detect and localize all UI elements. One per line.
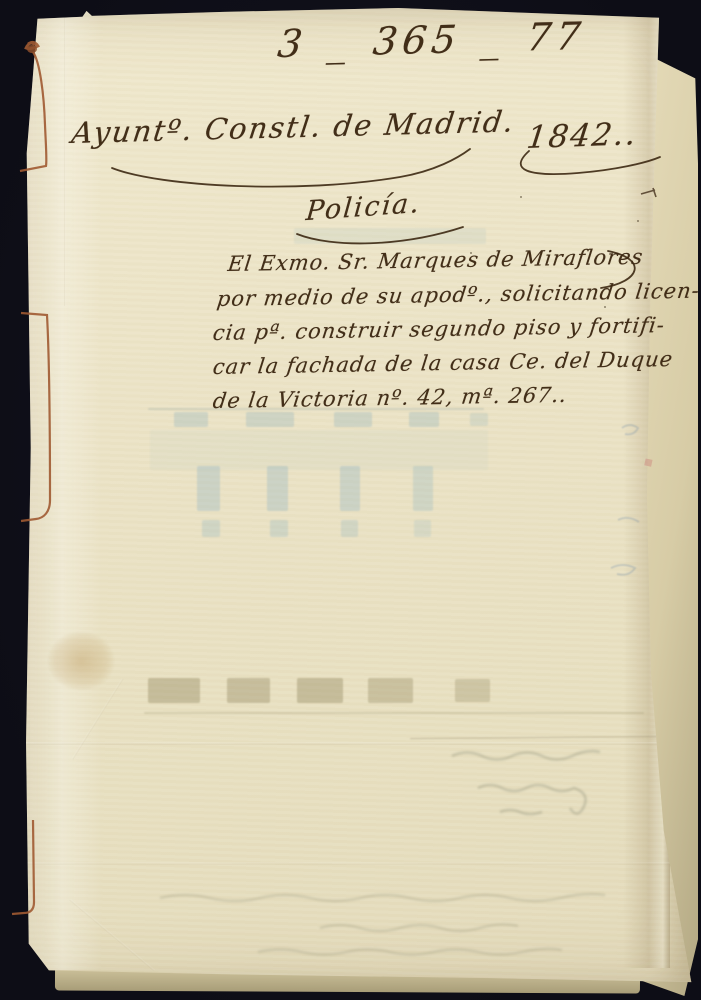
horizontal-crease-lower [22,862,694,865]
bleedthrough-window-sill [341,520,358,537]
bleedthrough-base-block [368,678,413,703]
bleedthrough-window [340,466,360,511]
bleedthrough-window [267,466,288,511]
bleedthrough-window-sill [270,520,288,537]
vertical-fold-crease [64,16,66,306]
scanned-manuscript-page: 3 _ 365 _ 77 Ayuntº. Constl. de Madrid. … [0,0,701,1000]
archive-number: 3 _ 365 _ 77 [275,14,587,66]
bleedthrough-window-sill [202,520,220,537]
bleedthrough-balcony-row [174,412,208,427]
bleedthrough-window [413,466,433,511]
paper-stain [48,632,114,690]
bleedthrough-window [197,466,220,511]
bleedthrough-base-block [297,678,343,703]
bleedthrough-base-block [227,678,270,703]
bleedthrough-base-block [455,679,490,702]
bleedthrough-balcony-row [334,412,372,427]
bleedthrough-balcony-row [470,413,488,426]
bleedthrough-base-line [144,712,644,714]
binding-margin-highlight [30,12,102,970]
ink-speck [520,196,522,198]
bleedthrough-window-sill [414,520,431,537]
horizontal-crease-upper [22,742,694,745]
ink-speck [604,306,606,308]
bleedthrough-balcony-row [409,412,439,427]
bleedthrough-balcony-row [246,412,294,427]
bleedthrough-facade-band [150,430,488,470]
bleedthrough-title-band [294,228,486,244]
bleedthrough-base-block [148,678,200,703]
year-label: 1842.. [525,116,640,156]
ink-speck [637,220,639,222]
